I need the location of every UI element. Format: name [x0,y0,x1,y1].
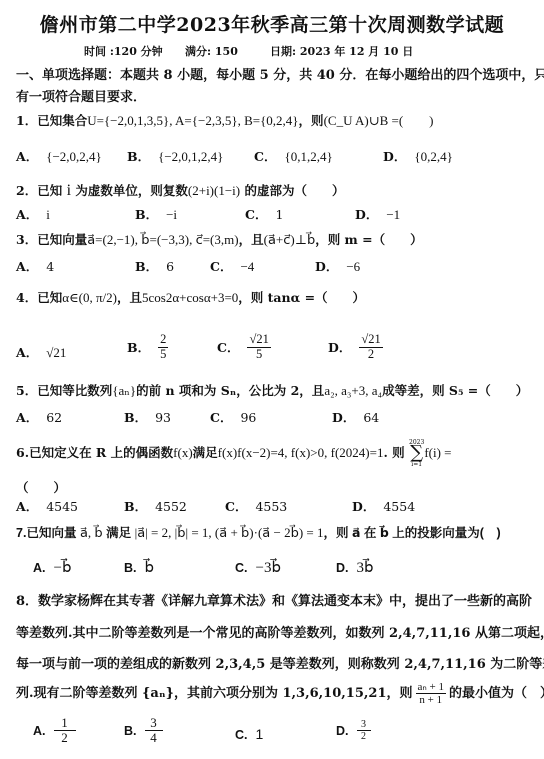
q1-option-a[interactable]: A．{−2,0,2,4} [16,147,102,165]
question-8-line-1: 8．数学家杨辉在其专著《详解九章算术法》和《算法通变本末》中，提出了一些新的高阶 [16,590,536,609]
q5-option-d[interactable]: D．64 [332,408,379,426]
q7-option-a[interactable]: A.−b⃗ [33,558,71,577]
question-6-paren: （ ） [16,478,66,496]
q7-option-c[interactable]: C.−3b⃗ [235,558,281,577]
math-expression: U={−2,0,1,3,5}, A={−2,3,5}, B={0,2,4} [87,113,298,128]
section-heading: 一、单项选择题：本题共 8 小题，每小题 5 分，共 40 分．在每小题给出的四… [16,64,544,83]
q7-option-d[interactable]: D.3b⃗ [336,558,374,577]
q6-option-c[interactable]: C．4553 [225,497,287,515]
question-3: 3．已知向量a⃗=(2,−1), b⃗=(−3,3), c⃗=(3,m)，且(a… [16,230,423,248]
q1-option-c[interactable]: C．{0,1,2,4} [254,147,333,165]
exam-date: 日期: 2023 年 12 月 10 日 [270,43,413,59]
q3-option-c[interactable]: C．−4 [210,257,254,275]
q3-option-b[interactable]: B．6 [135,257,174,275]
question-8-line-2: 等差数列.其中二阶等差数列是一个常见的高阶等差数列，如数列 2,4,7,11,1… [16,622,536,641]
q1-option-b[interactable]: B．{−2,0,1,2,4} [127,147,223,165]
question-8-line-3: 每一项与前一项的差组成的新数列 2,3,4,5 是等差数列，则称数列 2,4,7… [16,653,536,672]
question-5: 5．已知等比数列{aₙ}的前 n 项和为 Sₙ，公比为 2，且a₂, a₃+3,… [16,381,528,399]
question-1: 1．已知集合U={−2,0,1,3,5}, A={−2,3,5}, B={0,2… [16,110,434,129]
q5-option-b[interactable]: B．93 [124,408,171,426]
q3-option-d[interactable]: D．−6 [315,257,360,275]
q8-option-d[interactable]: D.32 [336,719,371,742]
question-8-line-4: 列.现有二阶等差数列 {aₙ}，其前六项分别为 1,3,6,10,15,21，则… [16,681,536,706]
math-expression: (C_U A)∪B =( ) [324,113,434,128]
question-6: 6.已知定义在 R 上的偶函数f(x)满足f(x)f(x−2)=4, f(x)>… [16,440,452,467]
q8-option-a[interactable]: A.12 [33,716,76,746]
question-2: 2．已知 i 为虚数单位，则复数(2+i)(1−i) 的虚部为（ ） [16,181,344,200]
q8-option-b[interactable]: B.34 [124,716,163,746]
q6-option-d[interactable]: D．4554 [352,497,415,515]
q4-option-d[interactable]: D．√212 [328,333,383,362]
page-title: 儋州市第二中学2023年秋季高三第十次周测数学试题 [0,10,544,37]
q2-option-a[interactable]: A．i [16,205,50,223]
question-7: 7.已知向量 a⃗, b⃗ 满足 |a⃗| = 2, |b⃗| = 1, (a⃗… [16,523,501,541]
exam-score: 满分: 150 [185,43,238,59]
q2-option-d[interactable]: D．−1 [355,205,400,223]
section-heading-cont: 有一项符合题目要求． [16,86,146,105]
q2-option-b[interactable]: B．−i [135,205,177,223]
q4-option-c[interactable]: C．√215 [217,333,271,362]
q4-option-a[interactable]: A．√21 [16,343,66,361]
exam-time: 时间 :120 分钟 [84,43,163,59]
q2-option-c[interactable]: C．1 [245,205,283,223]
q5-option-c[interactable]: C．96 [210,408,256,426]
q4-option-b[interactable]: B．25 [127,333,168,362]
q6-option-b[interactable]: B．4552 [124,497,187,515]
q5-option-a[interactable]: A．62 [16,408,62,426]
question-4: 4．已知α∈(0, π/2)，且5cos2α+cosα+3=0，则 tanα =… [16,288,365,306]
q8-option-c[interactable]: C.1 [235,726,263,742]
q7-option-b[interactable]: B.b⃗ [124,558,154,577]
q6-option-a[interactable]: A．4545 [16,497,78,515]
q1-option-d[interactable]: D．{0,2,4} [383,147,453,165]
q3-option-a[interactable]: A．4 [16,257,54,275]
